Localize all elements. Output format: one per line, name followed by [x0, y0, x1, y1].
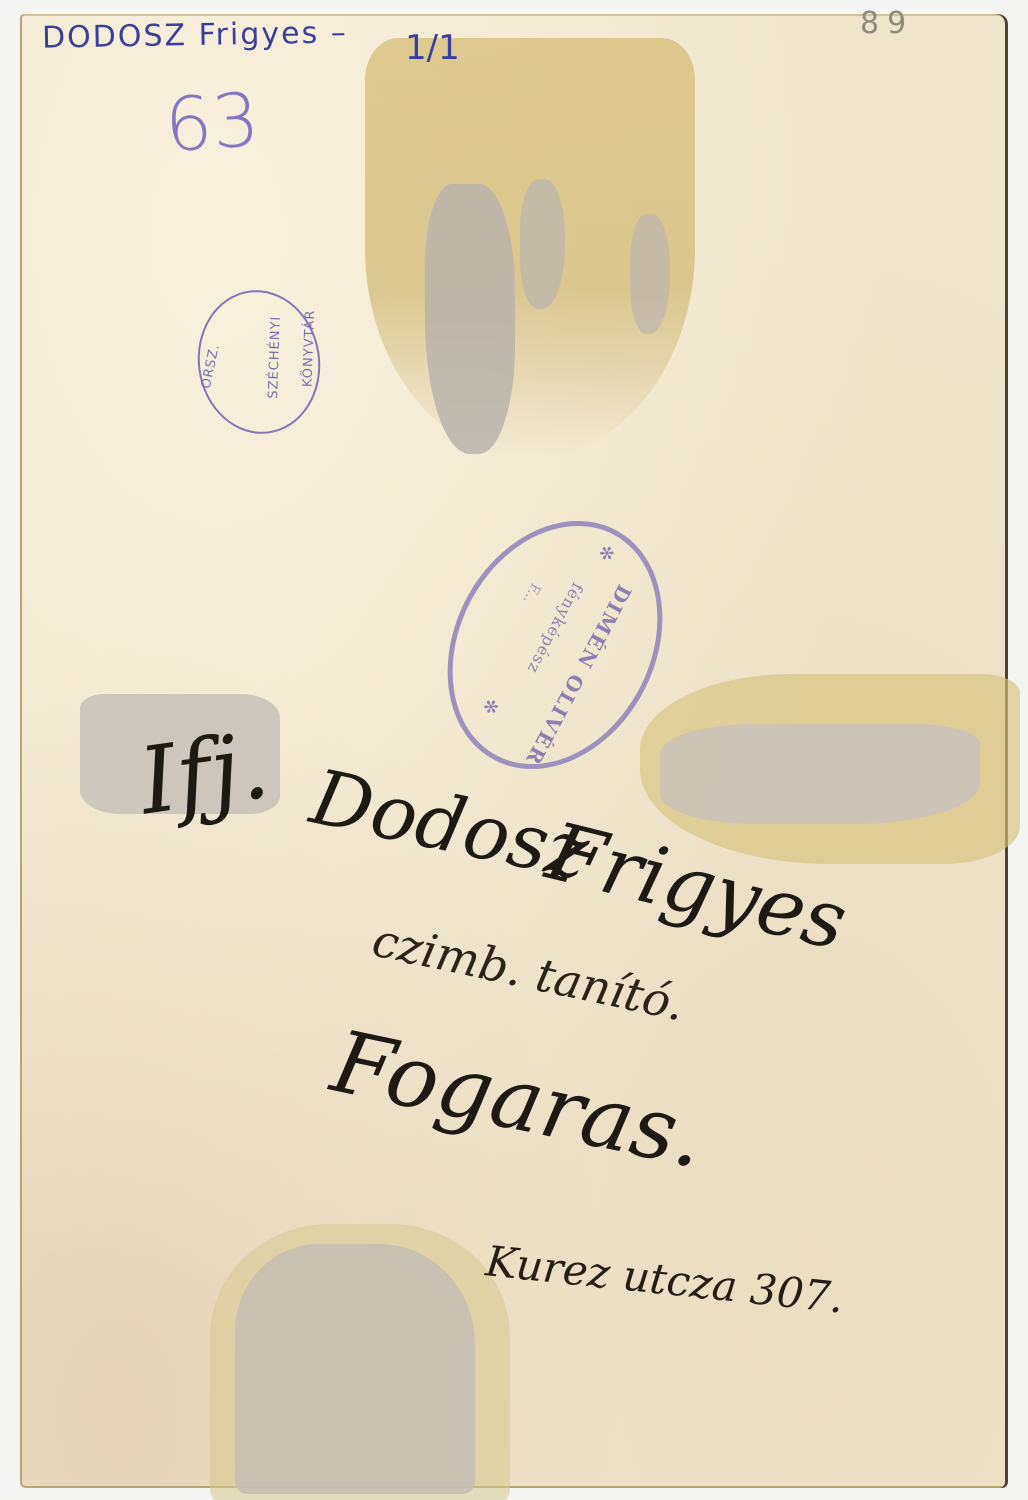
ornament-icon: ✻ — [595, 541, 618, 567]
archive-name-label: DODOSZ Frigyes – — [42, 15, 348, 55]
torn-paper-residue-bottom — [235, 1244, 475, 1494]
torn-paper-residue — [630, 214, 670, 334]
library-stamp-line: ORSZ. — [199, 342, 223, 390]
pencil-number: 89 — [860, 6, 914, 41]
ornament-icon: ✻ — [479, 695, 502, 721]
handwriting-prefix: Ifj. — [133, 712, 275, 836]
torn-paper-residue — [425, 184, 515, 454]
torn-paper-residue-right — [660, 724, 980, 824]
library-stamp-line: KÖNYVTÁR — [300, 309, 318, 387]
torn-paper-residue — [520, 179, 565, 309]
library-stamp-line: SZÉCHÉNYI — [266, 316, 284, 399]
photographer-location: F... — [520, 580, 544, 606]
archive-item-number: 63 — [162, 77, 262, 169]
archive-fraction: 1/1 — [405, 28, 460, 68]
